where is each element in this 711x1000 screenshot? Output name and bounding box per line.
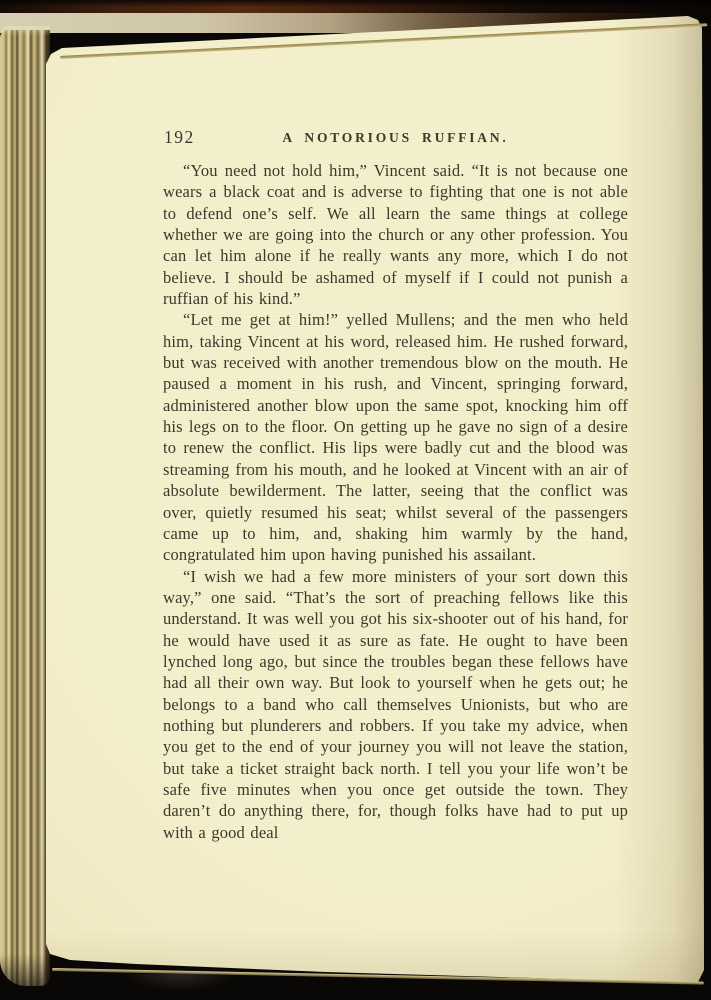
scanned-book-photo: 192 A NOTORIOUS RUFFIAN. “You need not h… — [0, 0, 711, 1000]
running-head-row: 192 A NOTORIOUS RUFFIAN. — [163, 127, 628, 151]
running-header: A NOTORIOUS RUFFIAN. — [163, 127, 628, 146]
body-text: “You need not hold him,” Vincent said. “… — [163, 160, 628, 843]
body-paragraph: “Let me get at him!” yelled Mullens; and… — [163, 309, 628, 565]
page-content: 192 A NOTORIOUS RUFFIAN. “You need not h… — [163, 127, 628, 843]
body-paragraph: “I wish we had a few more ministers of y… — [163, 566, 628, 843]
page-shadow — [120, 974, 270, 996]
page-number: 192 — [164, 127, 195, 148]
left-page-edge-stack — [0, 30, 50, 986]
body-paragraph: “You need not hold him,” Vincent said. “… — [163, 160, 628, 309]
